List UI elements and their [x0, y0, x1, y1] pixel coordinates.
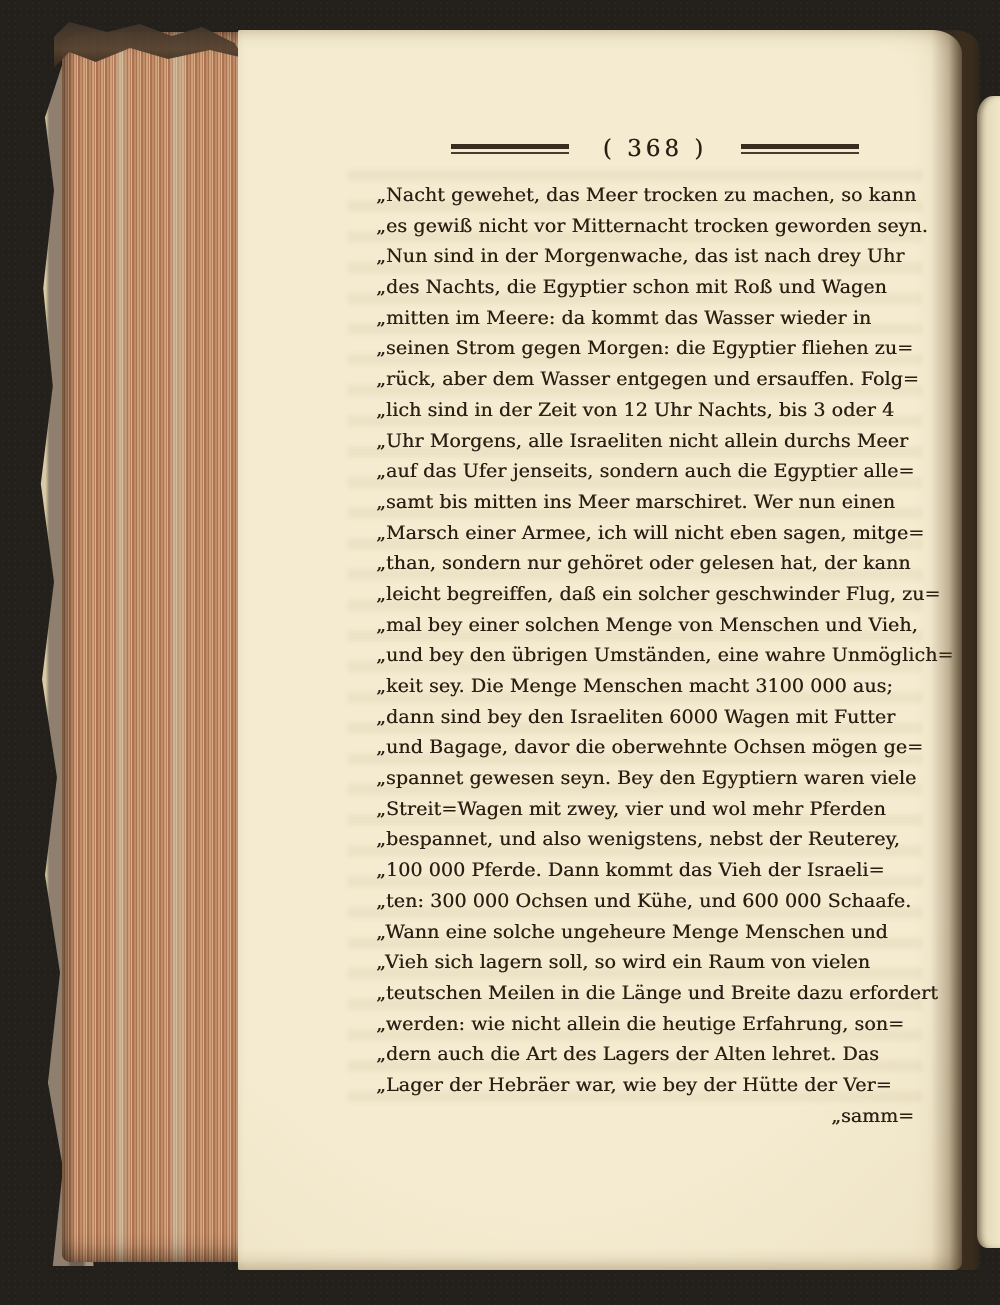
book-photo-backdrop: ( 368 ) „Nacht gewehet, das Meer trocken… [0, 0, 1000, 1305]
text-line: „spannet gewesen seyn. Bey den Egyptiern… [376, 763, 934, 794]
text-line: „werden: wie nicht allein die heutige Er… [376, 1009, 934, 1040]
text-line: „und Bagage, davor die oberwehnte Ochsen… [376, 732, 934, 763]
text-line: „keit sey. Die Menge Menschen macht 3100… [376, 671, 934, 702]
text-line: „des Nachts, die Egyptier schon mit Roß … [376, 272, 934, 303]
text-line: „Uhr Morgens, alle Israeliten nicht alle… [376, 426, 934, 457]
header-rule-right [741, 144, 859, 154]
text-line: „Vieh sich lagern soll, so wird ein Raum… [376, 947, 934, 978]
text-line: „samt bis mitten ins Meer marschiret. We… [376, 487, 934, 518]
book-fore-edge-page-stack [62, 32, 246, 1262]
text-line: „Nacht gewehet, das Meer trocken zu mach… [376, 180, 934, 211]
gutter-shadow [898, 30, 980, 1270]
text-line: „dern auch die Art des Lagers der Alten … [376, 1039, 934, 1070]
text-line: „dann sind bey den Israeliten 6000 Wagen… [376, 702, 934, 733]
text-line: „Wann eine solche ungeheure Menge Mensch… [376, 917, 934, 948]
text-line: „leicht begreiffen, daß ein solcher gesc… [376, 579, 934, 610]
text-line: „seinen Strom gegen Morgen: die Egyptier… [376, 333, 934, 364]
text-block: „Nacht gewehet, das Meer trocken zu mach… [376, 180, 934, 1131]
running-head: ( 368 ) [376, 136, 934, 162]
text-line: „Nun sind in der Morgenwache, das ist na… [376, 241, 934, 272]
text-line: „auf das Ufer jenseits, sondern auch die… [376, 456, 934, 487]
text-line: „Lager der Hebräer war, wie bey der Hütt… [376, 1070, 934, 1101]
page-number: ( 368 ) [603, 136, 707, 162]
text-line: „Streit=Wagen mit zwey, vier und wol meh… [376, 794, 934, 825]
text-line: „Marsch einer Armee, ich will nicht eben… [376, 518, 934, 549]
text-line: „bespannet, und also wenigstens, nebst d… [376, 824, 934, 855]
text-line: „teutschen Meilen in die Länge und Breit… [376, 978, 934, 1009]
text-line: „ten: 300 000 Ochsen und Kühe, und 600 0… [376, 886, 934, 917]
facing-page-edge [977, 96, 1000, 1248]
header-rule-left [451, 144, 569, 154]
text-line: „than, sondern nur gehöret oder gelesen … [376, 548, 934, 579]
text-line: „es gewiß nicht vor Mitternacht trocken … [376, 211, 934, 242]
text-line: „100 000 Pferde. Dann kommt das Vieh der… [376, 855, 934, 886]
catchword: „samm= [376, 1101, 934, 1132]
text-line: „mal bey einer solchen Menge von Mensche… [376, 610, 934, 641]
book-page: ( 368 ) „Nacht gewehet, das Meer trocken… [238, 30, 962, 1270]
text-line: „rück, aber dem Wasser entgegen und ersa… [376, 364, 934, 395]
text-lines: „Nacht gewehet, das Meer trocken zu mach… [376, 180, 934, 1101]
text-line: „und bey den übrigen Umständen, eine wah… [376, 640, 934, 671]
text-line: „mitten im Meere: da kommt das Wasser wi… [376, 303, 934, 334]
text-line: „lich sind in der Zeit von 12 Uhr Nachts… [376, 395, 934, 426]
